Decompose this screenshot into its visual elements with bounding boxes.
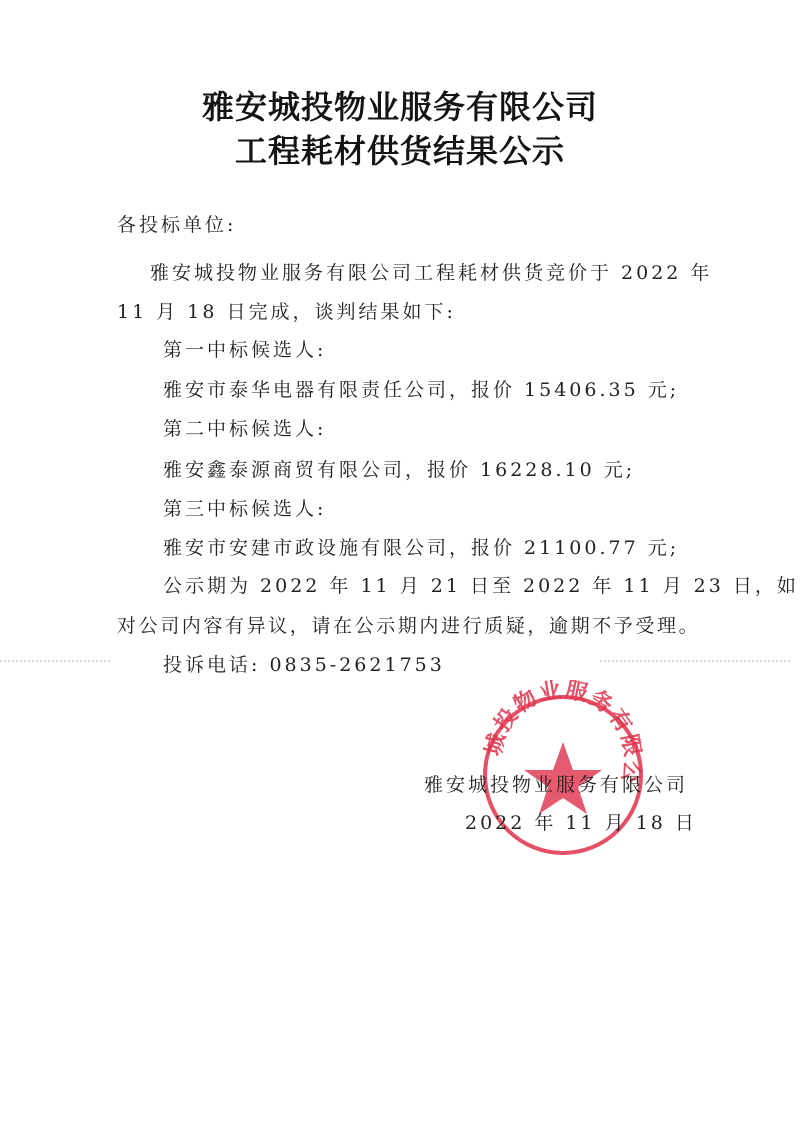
candidate-2-rank: 第二中标候选人: bbox=[163, 414, 326, 441]
signature-company: 雅安城投物业服务有限公司 bbox=[424, 770, 688, 797]
candidate-2-company: 雅安鑫泰源商贸有限公司，报价 16228.10 元; bbox=[163, 455, 635, 482]
salutation: 各投标单位: bbox=[117, 210, 236, 237]
candidate-3-company: 雅安市安建市政设施有限公司，报价 21100.77 元; bbox=[163, 533, 679, 560]
candidate-1-rank: 第一中标候选人: bbox=[163, 335, 326, 362]
notice-line-2: 对公司内容有异议，请在公示期内进行质疑，逾期不予受理。 bbox=[117, 611, 700, 638]
candidate-3-rank: 第三中标候选人: bbox=[163, 494, 326, 521]
scan-artifact bbox=[0, 660, 110, 664]
candidate-1-company: 雅安市泰华电器有限责任公司，报价 15406.35 元; bbox=[163, 375, 679, 402]
complaint-phone: 投诉电话: 0835-2621753 bbox=[163, 650, 445, 677]
scan-artifact bbox=[600, 660, 790, 664]
notice-line-1: 公示期为 2022 年 11 月 21 日至 2022 年 11 月 23 日，… bbox=[163, 571, 799, 598]
signature-date: 2022 年 11 月 18 日 bbox=[465, 808, 697, 835]
intro-line-2: 11 月 18 日完成，谈判结果如下: bbox=[117, 297, 456, 324]
document-title-line2: 工程耗材供货结果公示 bbox=[0, 126, 800, 172]
intro-line-1: 雅安城投物业服务有限公司工程耗材供货竞价于 2022 年 bbox=[150, 258, 712, 285]
document-title-line1: 雅安城投物业服务有限公司 bbox=[0, 82, 800, 128]
